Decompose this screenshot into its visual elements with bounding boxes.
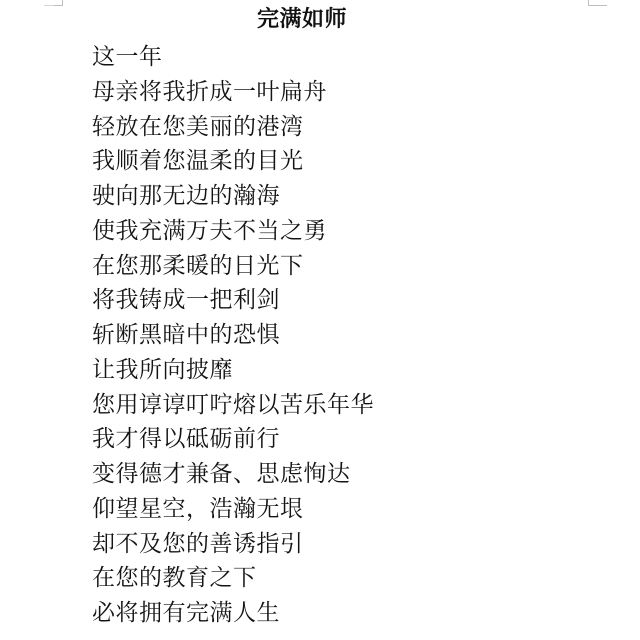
poem-body: 这一年 母亲将我折成一叶扁舟 轻放在您美丽的港湾 我顺着您温柔的目光 驶向那无边…: [92, 40, 374, 631]
poem-line: 驶向那无边的瀚海: [92, 179, 374, 214]
poem-line: 这一年: [92, 40, 374, 75]
poem-line: 您用谆谆叮咛熔以苦乐年华: [92, 388, 374, 423]
poem-line: 我顺着您温柔的目光: [92, 144, 374, 179]
poem-line: 轻放在您美丽的港湾: [92, 110, 374, 145]
document-page: 完满如师 这一年 母亲将我折成一叶扁舟 轻放在您美丽的港湾 我顺着您温柔的目光 …: [0, 0, 640, 640]
poem-line: 变得德才兼备、思虑恂达: [92, 457, 374, 492]
poem-line: 却不及您的善诱指引: [92, 527, 374, 562]
poem-line: 母亲将我折成一叶扁舟: [92, 75, 374, 110]
poem-line: 仰望星空，浩瀚无垠: [92, 492, 374, 527]
poem-line: 将我铸成一把利剑: [92, 283, 374, 318]
poem-line: 让我所向披靡: [92, 353, 374, 388]
poem-line: 斩断黑暗中的恐惧: [92, 318, 374, 353]
poem-line: 必将拥有完满人生: [92, 596, 374, 631]
poem-line: 使我充满万夫不当之勇: [92, 214, 374, 249]
document-title: 完满如师: [0, 6, 604, 34]
poem-line: 我才得以砥砺前行: [92, 422, 374, 457]
poem-line: 在您的教育之下: [92, 561, 374, 596]
poem-line: 在您那柔暖的日光下: [92, 249, 374, 284]
